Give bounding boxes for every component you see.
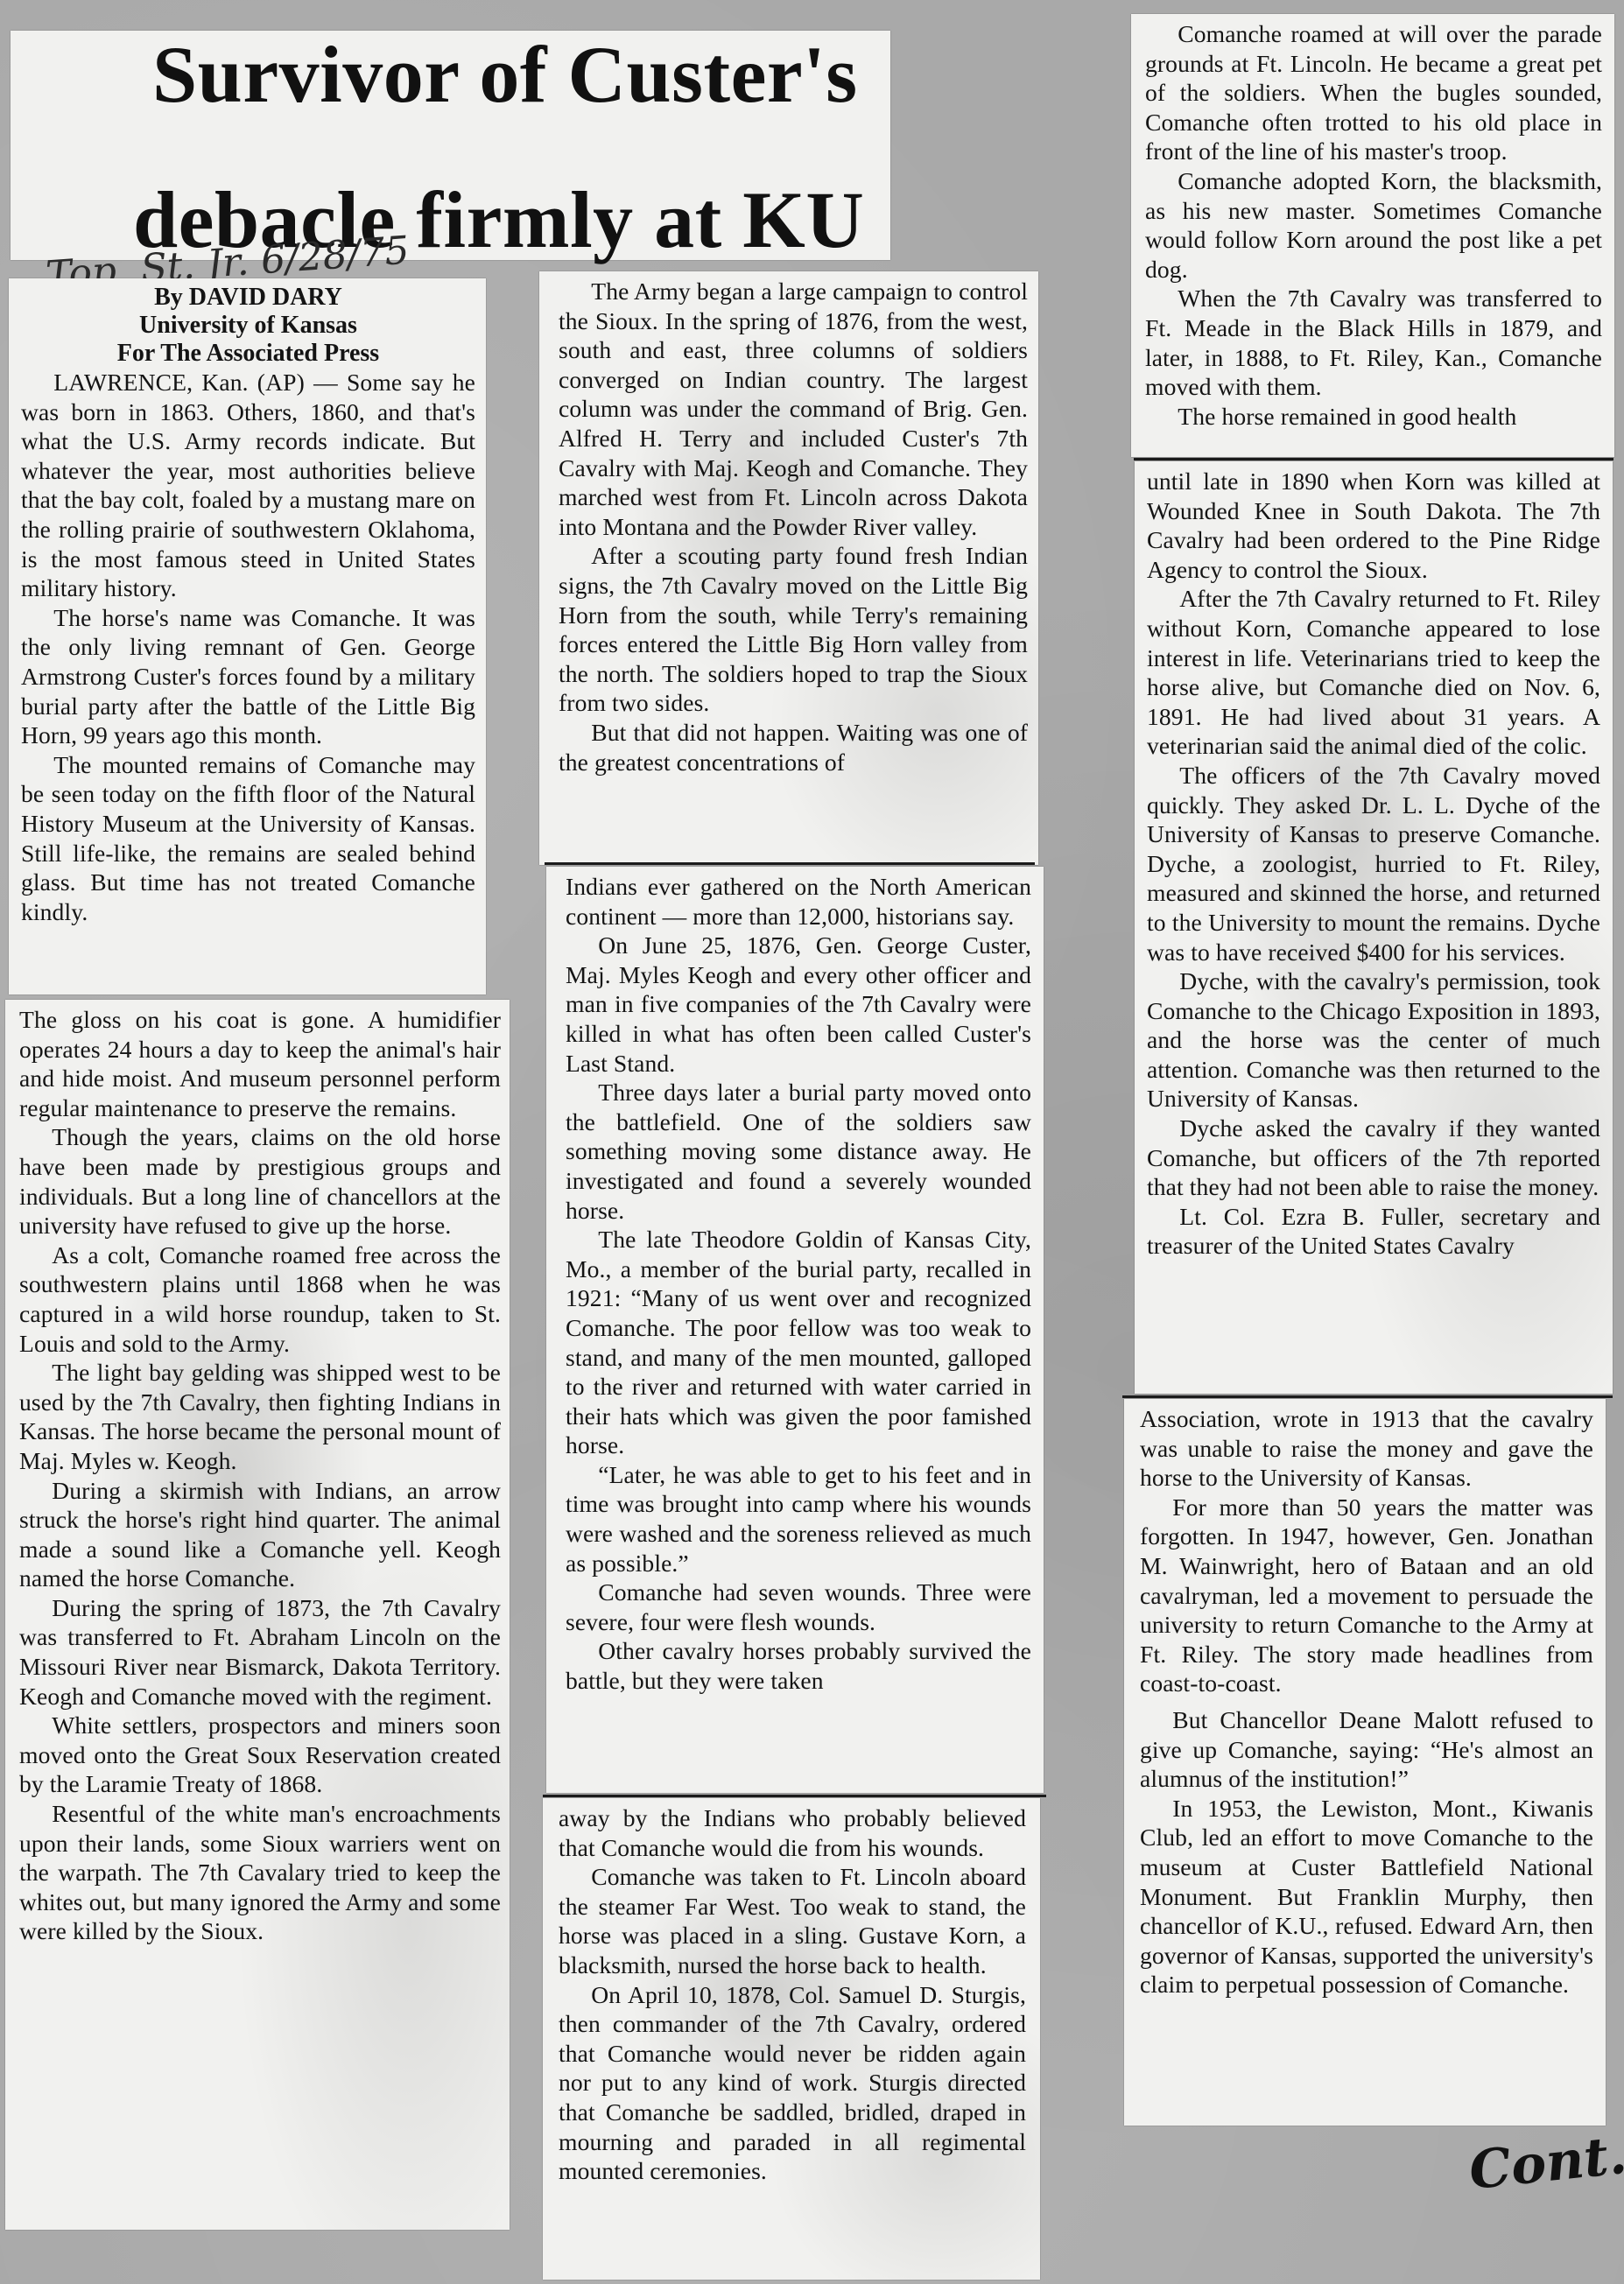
article-clipping-middle-c: away by the Indians who probably believe… — [543, 1798, 1040, 2280]
paragraph: White settlers, prospectors and miners s… — [19, 1711, 501, 1799]
paragraph: until late in 1890 when Korn was killed … — [1147, 467, 1600, 584]
paragraph: After the 7th Cavalry returned to Ft. Ri… — [1147, 584, 1600, 761]
paragraph: As a colt, Comanche roamed free across t… — [19, 1240, 501, 1358]
paragraph: But Chancellor Deane Malott refused to g… — [1140, 1705, 1593, 1794]
headline-line-1: Survivor of Custer's — [152, 34, 858, 115]
clipping-divider — [1134, 458, 1613, 460]
paragraph: The Army began a large campaign to contr… — [559, 277, 1028, 541]
handwritten-continued-note: Cont. — [1466, 2125, 1624, 2202]
byline-agency: For The Associated Press — [21, 340, 475, 368]
paragraph: Comanche had seven wounds. Three were se… — [566, 1578, 1031, 1636]
paragraph: Though the years, claims on the old hors… — [19, 1122, 501, 1240]
paragraph: In 1953, the Lewiston, Mont., Kiwanis Cl… — [1140, 1794, 1593, 1999]
paragraph: Dyche, with the cavalry's permission, to… — [1147, 966, 1600, 1114]
paragraph: The horse's name was Comanche. It was th… — [21, 603, 475, 750]
paragraph: Comanche was taken to Ft. Lincoln aboard… — [559, 1862, 1026, 1979]
paragraph: The mounted remains of Comanche may be s… — [21, 750, 475, 927]
article-clipping-right-c: Association, wrote in 1913 that the cava… — [1124, 1399, 1606, 2126]
paragraph: Three days later a burial party moved on… — [566, 1078, 1031, 1225]
paragraph: During the spring of 1873, the 7th Caval… — [19, 1593, 501, 1711]
article-clipping-middle-a: The Army began a large campaign to contr… — [539, 271, 1038, 865]
byline: By DAVID DARY University of Kansas For T… — [21, 284, 475, 368]
paragraph: The horse remained in good health — [1145, 402, 1602, 432]
paragraph: Association, wrote in 1913 that the cava… — [1140, 1404, 1593, 1493]
paragraph: For more than 50 years the matter was fo… — [1140, 1493, 1593, 1698]
paragraph: Lt. Col. Ezra B. Fuller, secretary and t… — [1147, 1202, 1600, 1261]
byline-affiliation: University of Kansas — [21, 312, 475, 340]
paragraph: When the 7th Cavalry was transferred to … — [1145, 284, 1602, 401]
paragraph: During a skirmish with Indians, an arrow… — [19, 1476, 501, 1593]
article-text-right-c: Association, wrote in 1913 that the cava… — [1140, 1404, 1593, 1999]
article-clipping-left-b: The gloss on his coat is gone. A humidif… — [5, 1000, 510, 2230]
article-clipping-right-a: Comanche roamed at will over the parade … — [1131, 14, 1614, 457]
article-text-left-a: LAWRENCE, Kan. (AP) — Some say he was bo… — [21, 368, 475, 926]
paragraph: After a scouting party found fresh India… — [559, 541, 1028, 718]
headline-clipping: Survivor of Custer's debacle firmly at K… — [11, 31, 890, 260]
paragraph: Comanche adopted Korn, the blacksmith, a… — [1145, 166, 1602, 284]
paragraph: Resentful of the white man's encroachmen… — [19, 1799, 501, 1946]
paragraph: Comanche roamed at will over the parade … — [1145, 19, 1602, 166]
paragraph: away by the Indians who probably believe… — [559, 1803, 1026, 1862]
paragraph: The late Theodore Goldin of Kansas City,… — [566, 1225, 1031, 1460]
article-text-middle-b: Indians ever gathered on the North Ameri… — [566, 872, 1031, 1696]
paragraph: The officers of the 7th Cavalry moved qu… — [1147, 761, 1600, 966]
clipping-divider — [545, 862, 1035, 865]
paragraph: The gloss on his coat is gone. A humidif… — [19, 1005, 501, 1122]
paragraph: LAWRENCE, Kan. (AP) — Some say he was bo… — [21, 368, 475, 603]
paragraph: But that did not happen. Waiting was one… — [559, 718, 1028, 777]
clipping-divider — [543, 1795, 1046, 1797]
article-text-right-b: until late in 1890 when Korn was killed … — [1147, 467, 1600, 1261]
clipping-divider — [1122, 1395, 1613, 1398]
paragraph: On April 10, 1878, Col. Samuel D. Sturgi… — [559, 1980, 1026, 2186]
paragraph: Dyche asked the cavalry if they wanted C… — [1147, 1114, 1600, 1202]
article-text-left-b: The gloss on his coat is gone. A humidif… — [19, 1005, 501, 1946]
paragraph: Indians ever gathered on the North Ameri… — [566, 872, 1031, 931]
article-text-middle-c: away by the Indians who probably believe… — [559, 1803, 1026, 2186]
paragraph: On June 25, 1876, Gen. George Custer, Ma… — [566, 931, 1031, 1078]
article-clipping-middle-b: Indians ever gathered on the North Ameri… — [546, 867, 1044, 1793]
paragraph: Other cavalry horses probably survived t… — [566, 1636, 1031, 1695]
article-clipping-left-a: By DAVID DARY University of Kansas For T… — [9, 278, 486, 994]
article-text-middle-a: The Army began a large campaign to contr… — [559, 277, 1028, 777]
paragraph: “Later, he was able to get to his feet a… — [566, 1460, 1031, 1578]
paragraph: The light bay gelding was shipped west t… — [19, 1358, 501, 1475]
byline-author: By DAVID DARY — [21, 284, 475, 312]
article-text-right-a: Comanche roamed at will over the parade … — [1145, 19, 1602, 431]
article-clipping-right-b: until late in 1890 when Korn was killed … — [1135, 461, 1613, 1394]
